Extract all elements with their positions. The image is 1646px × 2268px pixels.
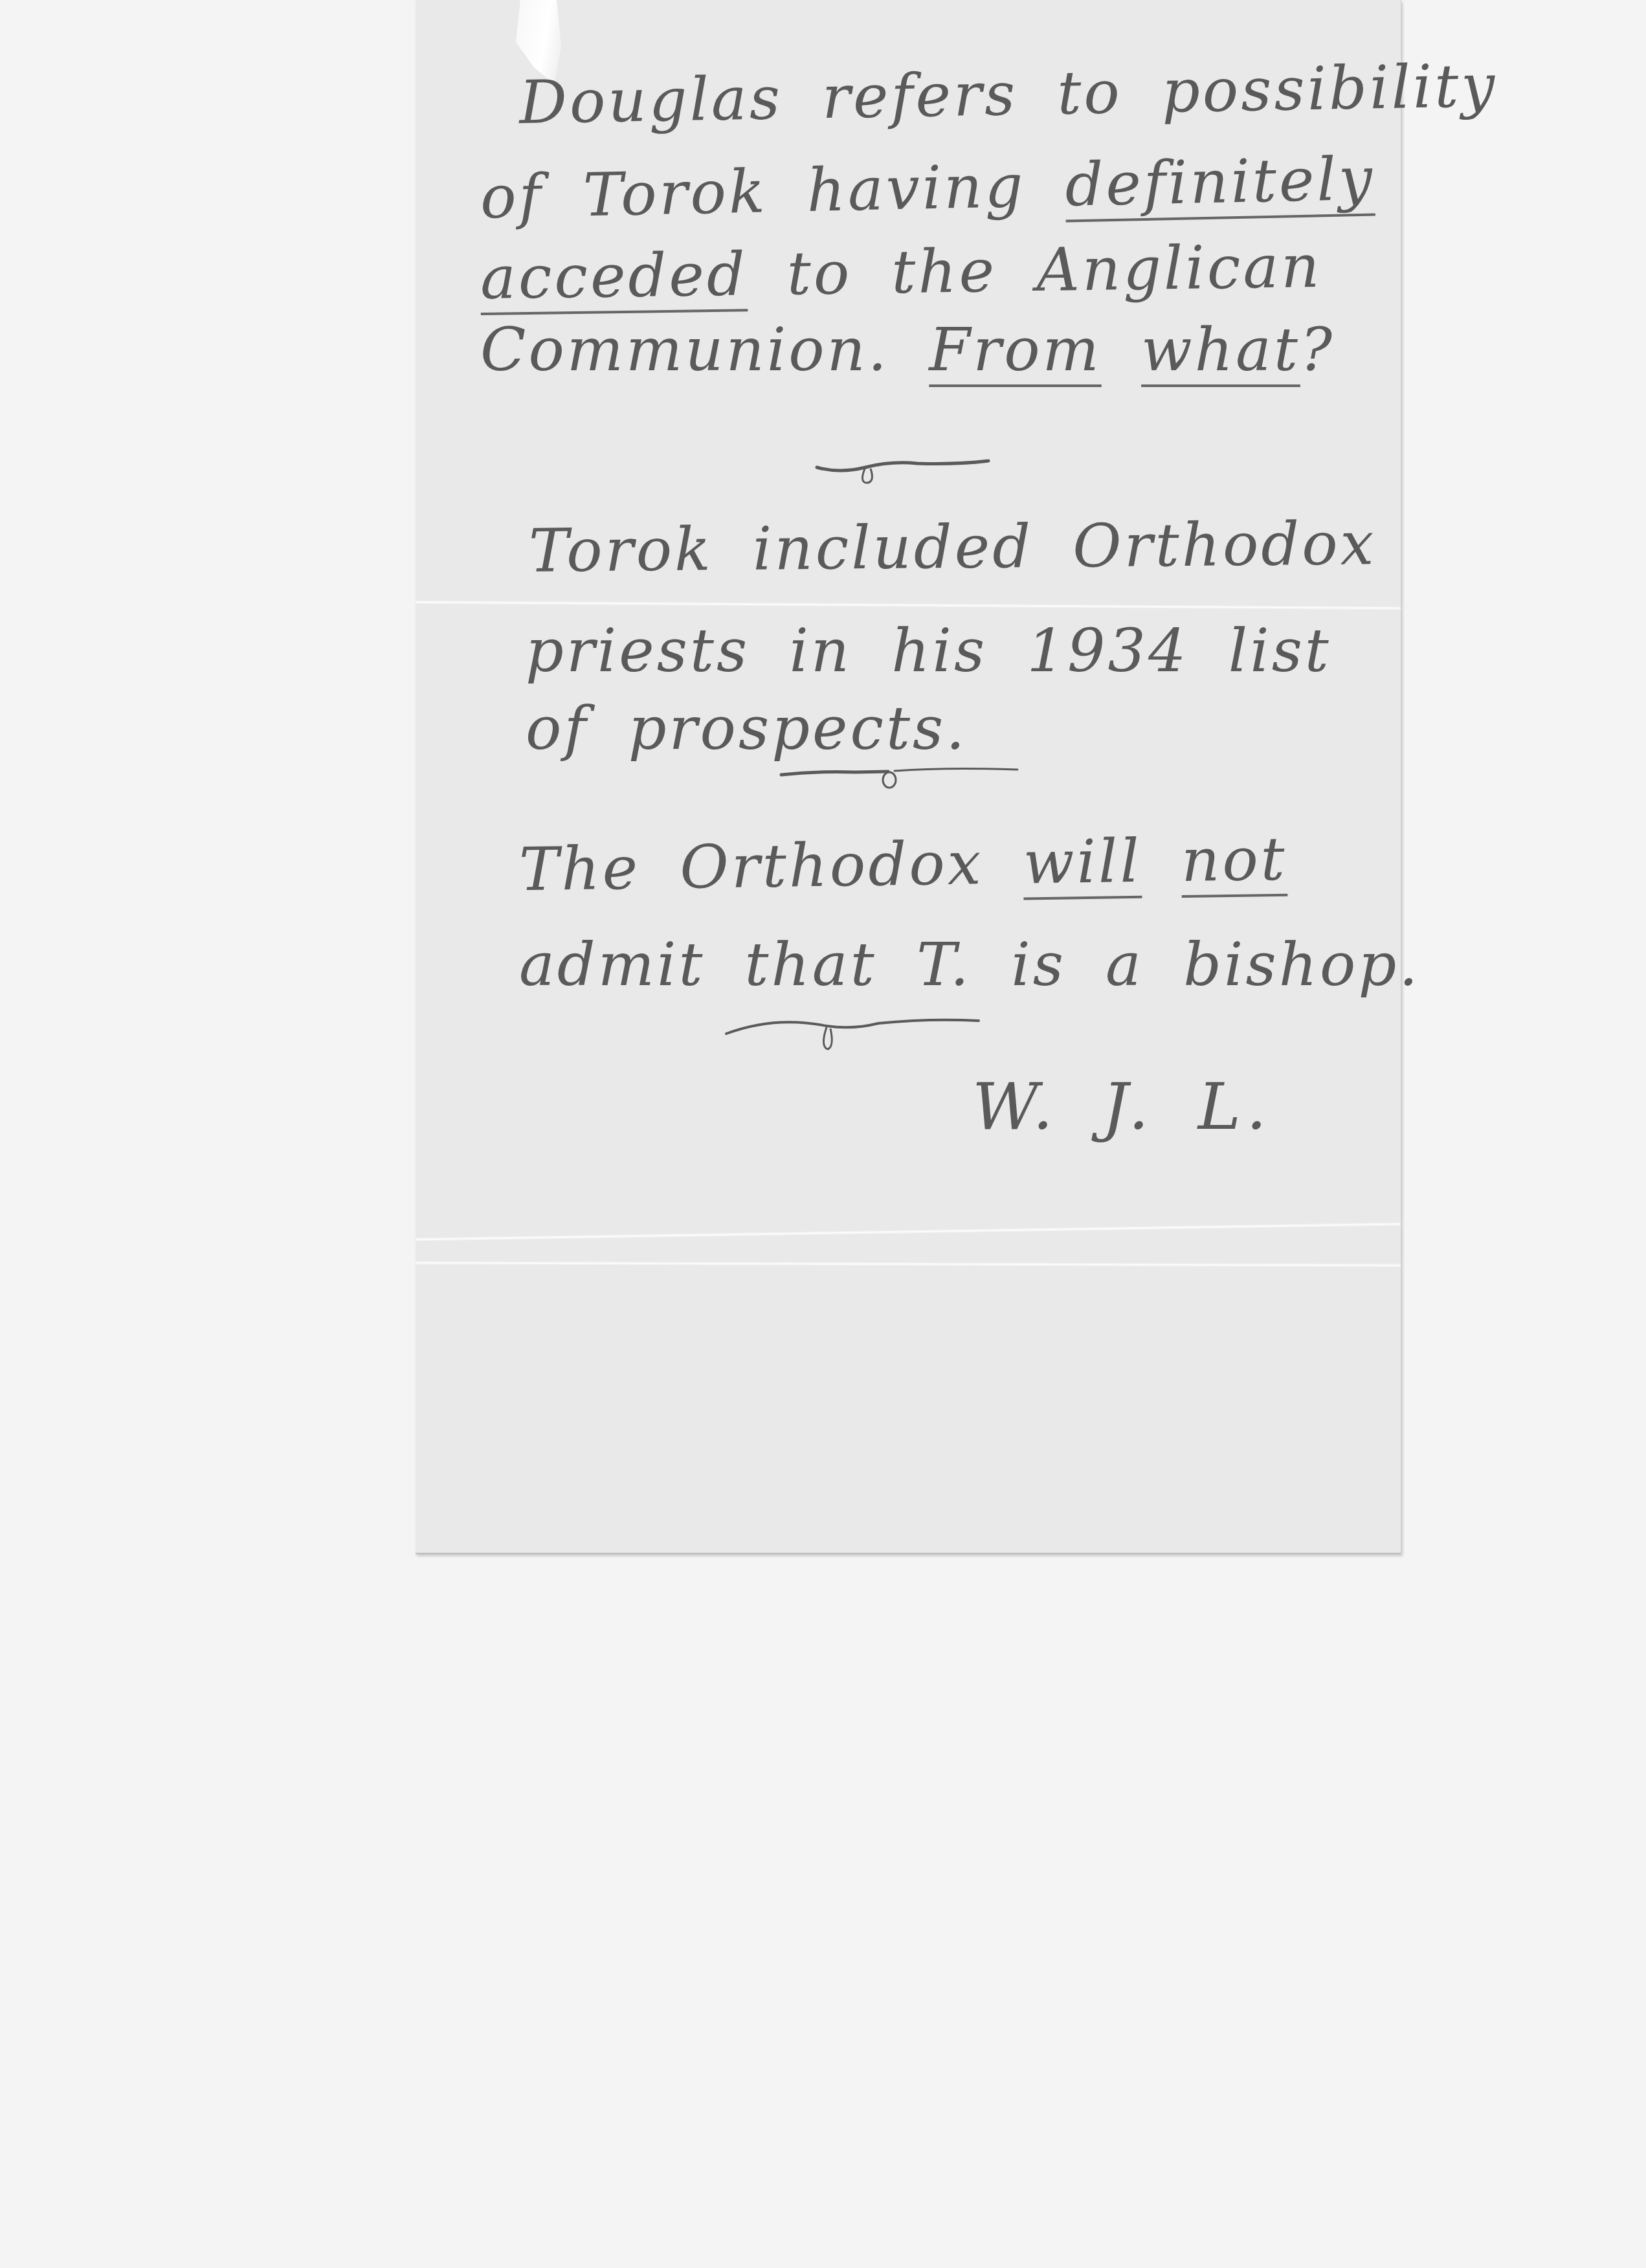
note-line: acceded to the Anglican	[480, 237, 1322, 308]
note-text: priests in his 1934 list	[526, 616, 1331, 685]
note-line: Torok included Orthodox	[529, 514, 1377, 581]
underlined-word: will	[1023, 827, 1142, 898]
fold-crease	[416, 1261, 1401, 1267]
note-text: Communion.	[480, 315, 929, 384]
note-text: Torok included Orthodox	[529, 509, 1377, 585]
note-text: of prospects.	[526, 694, 967, 763]
note-text: ?	[1300, 315, 1335, 384]
signature: W. J. L.	[972, 1074, 1272, 1139]
underlined-word: From	[929, 315, 1101, 384]
underlined-word: definitely	[1064, 144, 1375, 220]
note-line: Douglas refers to possibility	[518, 56, 1498, 133]
signature-initials: W. J. L.	[972, 1069, 1272, 1144]
note-text: The Orthodox	[518, 828, 1023, 904]
note-line: Communion. From what?	[480, 320, 1335, 380]
fold-crease	[416, 1222, 1401, 1241]
fold-crease	[416, 600, 1401, 610]
underlined-word: what	[1141, 315, 1300, 384]
note-line: The Orthodox will not	[518, 830, 1287, 900]
note-text	[1141, 826, 1182, 896]
note-text: to the Anglican	[747, 232, 1322, 309]
note-text: Douglas refers to possibility	[518, 51, 1498, 137]
note-text: admit that T. is a bishop.	[519, 930, 1421, 999]
underlined-word: acceded	[480, 239, 748, 313]
note-line: of Torok having definitely	[480, 150, 1375, 228]
underlined-word: not	[1181, 825, 1287, 895]
paper-sheet: Douglas refers to possibility of Torok h…	[416, 0, 1401, 1554]
note-line: admit that T. is a bishop.	[519, 935, 1421, 995]
note-line: of prospects.	[526, 699, 967, 759]
note-text	[1102, 315, 1141, 384]
note-line: priests in his 1934 list	[526, 621, 1331, 681]
note-text: of Torok having	[480, 151, 1066, 232]
